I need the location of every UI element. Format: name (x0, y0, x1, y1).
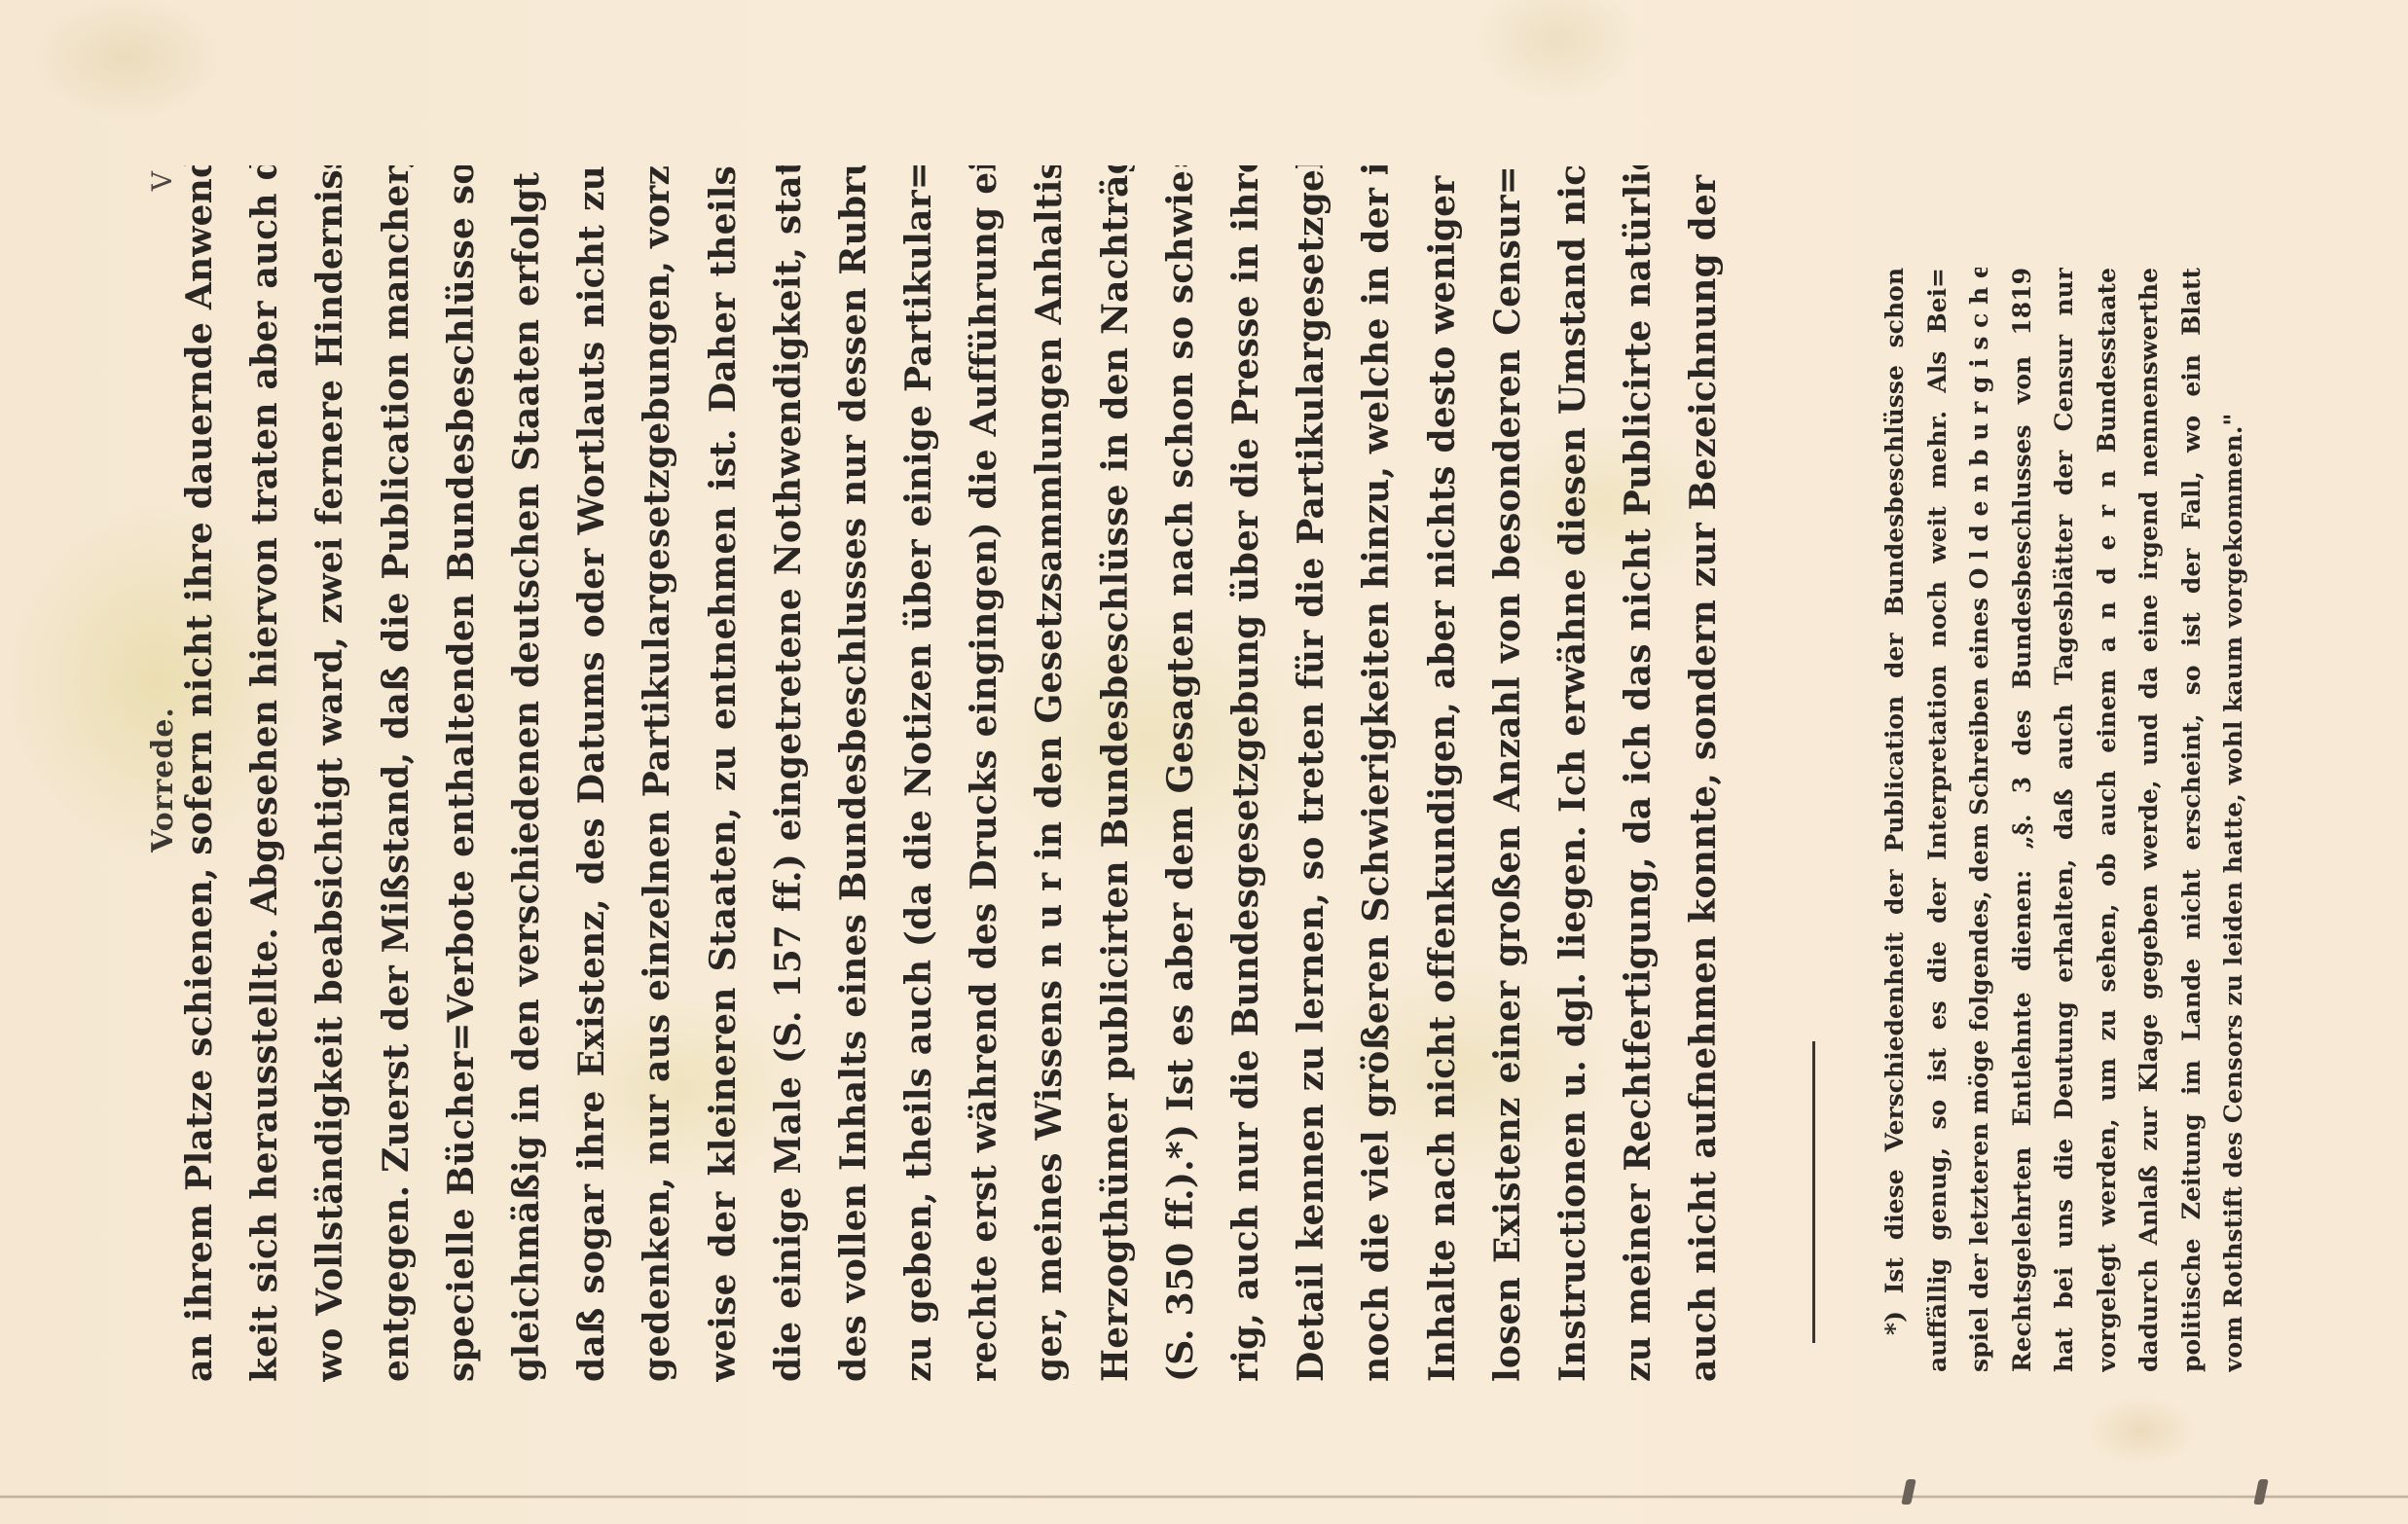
body-text: an ihrem Platze schienen, sofern nicht i… (167, 165, 1737, 1382)
body-line: die einige Male (S. 157 ff.) eingetreten… (756, 165, 821, 1382)
body-line: zu geben, theils auch (da die Notizen üb… (887, 165, 952, 1382)
body-line: gedenken, nur aus einzelnen Partikularge… (625, 165, 690, 1382)
body-line: keit sich herausstellte. Abgesehen hierv… (233, 165, 298, 1382)
footnote-line: politische Zeitung im Lande nicht ersche… (2171, 268, 2213, 1372)
book-page: Vorrede. V an ihrem Platze schienen, sof… (0, 0, 2408, 1524)
body-line: rig, auch nur die Bundesgesetzgebung übe… (1214, 165, 1279, 1382)
scanned-page: Vorrede. V an ihrem Platze schienen, sof… (0, 0, 2408, 1524)
body-line: ger, meines Wissens n u r in den Gesetzs… (1017, 165, 1082, 1382)
footnote-line: vorgelegt werden, um zu sehen, ob auch e… (2086, 268, 2129, 1372)
footnote-line: hat bei uns die Deutung erhalten, daß au… (2043, 268, 2086, 1372)
body-line: entgegen. Zuerst der Mißstand, daß die P… (364, 165, 429, 1382)
footnote-line: vom Rothstift des Censors zu leiden hatt… (2212, 268, 2255, 1372)
body-line: (S. 350 ff.).*) Ist es aber dem Gesagten… (1149, 165, 1214, 1382)
body-line: Detail kennen zu lernen, so treten für d… (1279, 165, 1344, 1382)
body-line: Herzogthümer publicirten Bundesbeschlüss… (1083, 165, 1149, 1382)
footnote-line: Rechtsgelehrten Entlehnte dienen: „§. 3 … (2001, 268, 2044, 1372)
body-line: wo Vollständigkeit beabsichtigt ward, zw… (298, 165, 363, 1382)
body-line: Inhalte nach nicht offenkundigen, aber n… (1410, 165, 1476, 1382)
footnote-divider (1812, 1041, 1815, 1343)
body-line: specielle Bücher=Verbote enthaltenden Bu… (429, 165, 494, 1382)
body-line: zu meiner Rechtfertigung, da ich das nic… (1606, 165, 1671, 1382)
body-line: losen Existenz einer großen Anzahl von b… (1476, 165, 1541, 1382)
body-line: gleichmäßig in den verschiedenen deutsch… (494, 165, 560, 1382)
body-line: weise der kleineren Staaten, zu entnehme… (691, 165, 756, 1382)
body-line: des vollen Inhalts eines Bundesbeschluss… (821, 165, 887, 1382)
body-line: daß sogar ihre Existenz, des Datums oder… (560, 165, 625, 1382)
footnote-line: auffällig genug, so ist es die der Inter… (1916, 268, 1959, 1372)
body-line: rechte erst während des Drucks eingingen… (952, 165, 1017, 1382)
page-binding-edge (0, 1495, 2408, 1499)
footnote: *) Ist diese Verschiedenheit der Publica… (1874, 268, 2255, 1372)
body-line: noch die viel größeren Schwierigkeiten h… (1344, 165, 1409, 1382)
body-line: an ihrem Platze schienen, sofern nicht i… (167, 165, 233, 1382)
footnote-line: *) Ist diese Verschiedenheit der Publica… (1874, 268, 1916, 1372)
footnote-line: dadurch Anlaß zur Klage gegeben werde, u… (2128, 268, 2171, 1372)
body-line: Instructionen u. dgl. liegen. Ich erwähn… (1541, 165, 1606, 1382)
footnote-line: spiel der letzteren möge folgendes, dem … (1958, 268, 2001, 1372)
body-line: auch nicht aufnehmen konnte, sondern zur… (1671, 165, 1736, 1382)
